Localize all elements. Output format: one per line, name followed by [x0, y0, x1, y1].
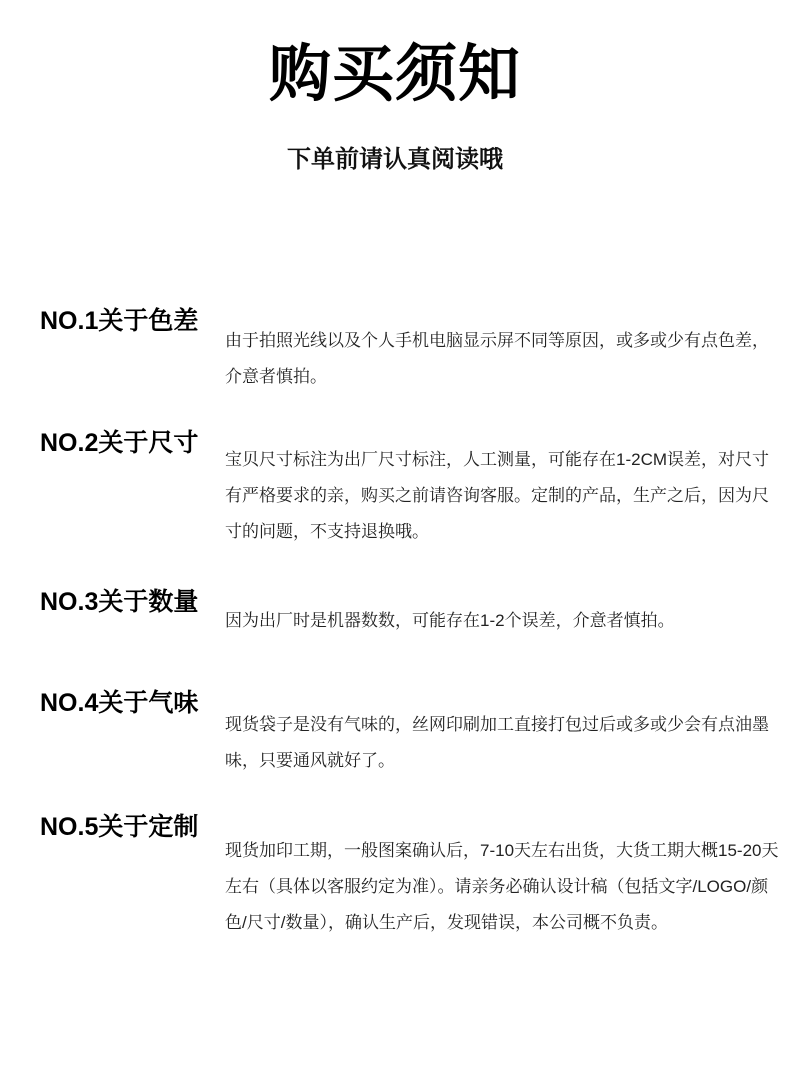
section-body-quantity: 因为出厂时是机器数数，可能存在1-2个误差，介意者慎拍。 [225, 603, 780, 639]
body-line: 宝贝尺寸标注为出厂尺寸标注，人工测量，可能存在1-2CM误差，对尺寸 [225, 442, 780, 478]
body-line: 有严格要求的亲，购买之前请咨询客服。定制的产品，生产之后，因为尺 [225, 478, 780, 514]
body-line: 现货加印工期，一般图案确认后，7-10天左右出货，大货工期大概15-20天 [225, 833, 780, 869]
section-heading-size: NO.2关于尺寸 [40, 431, 198, 456]
page-subtitle: 下单前请认真阅读哦 [0, 146, 790, 174]
body-line: 因为出厂时是机器数数，可能存在1-2个误差，介意者慎拍。 [225, 603, 780, 639]
body-line: 味，只要通风就好了。 [225, 743, 780, 779]
section-body-color-difference: 由于拍照光线以及个人手机电脑显示屏不同等原因，或多或少有点色差， 介意者慎拍。 [225, 323, 780, 395]
section-heading-customization: NO.5关于定制 [40, 815, 198, 840]
section-heading-quantity: NO.3关于数量 [40, 590, 198, 615]
body-line: 现货袋子是没有气味的，丝网印刷加工直接打包过后或多或少会有点油墨 [225, 707, 780, 743]
body-line: 色/尺寸/数量），确认生产后，发现错误，本公司概不负责。 [225, 905, 780, 941]
body-line: 寸的问题，不支持退换哦。 [225, 514, 780, 550]
body-line: 左右（具体以客服约定为准）。请亲务必确认设计稿（包括文字/LOGO/颜 [225, 869, 780, 905]
page-title: 购买须知 [0, 42, 790, 107]
section-body-customization: 现货加印工期，一般图案确认后，7-10天左右出货，大货工期大概15-20天 左右… [225, 833, 780, 941]
section-heading-smell: NO.4关于气味 [40, 691, 198, 716]
section-body-smell: 现货袋子是没有气味的，丝网印刷加工直接打包过后或多或少会有点油墨 味，只要通风就… [225, 707, 780, 779]
purchase-notice-page: 购买须知 下单前请认真阅读哦 NO.1关于色差 由于拍照光线以及个人手机电脑显示… [0, 0, 790, 1083]
section-body-size: 宝贝尺寸标注为出厂尺寸标注，人工测量，可能存在1-2CM误差，对尺寸 有严格要求… [225, 442, 780, 550]
body-line: 介意者慎拍。 [225, 359, 780, 395]
section-heading-color-difference: NO.1关于色差 [40, 309, 198, 334]
body-line: 由于拍照光线以及个人手机电脑显示屏不同等原因，或多或少有点色差， [225, 323, 780, 359]
